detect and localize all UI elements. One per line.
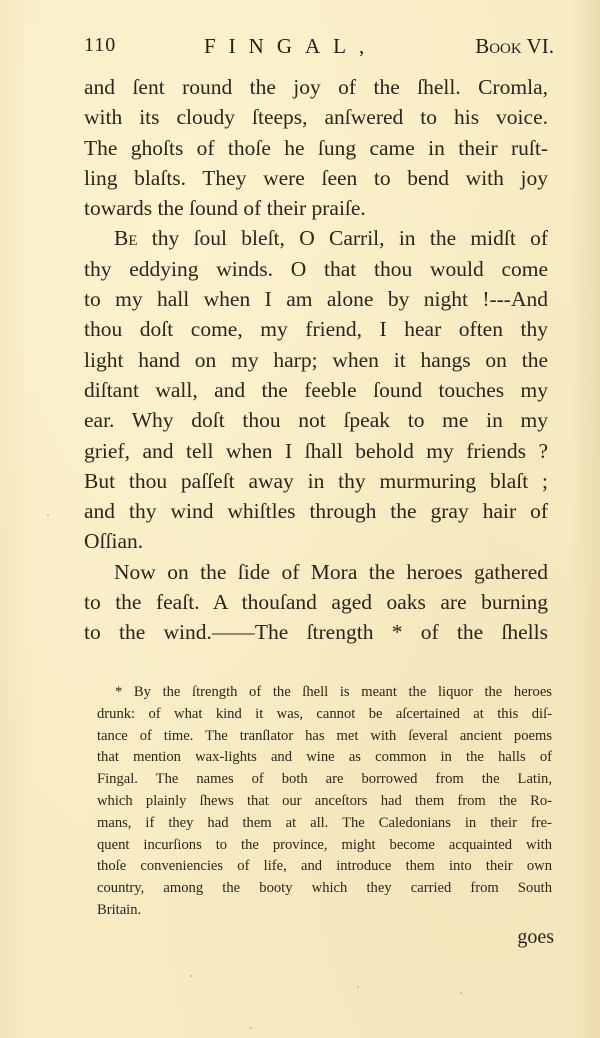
running-head: 110 FINGAL, Book VI. — [84, 34, 554, 64]
footnote-line: quent incurſions to the province, might … — [97, 835, 552, 857]
main-text: and ſent round the joy of the ſhell. Cro… — [84, 72, 548, 648]
text-line: diſtant wall, and the feeble ſound touch… — [84, 375, 548, 405]
footnote-line: that mention wax-lights and wine as comm… — [97, 747, 552, 769]
footnote-line: Fingal. The names of both are borrowed f… — [97, 769, 552, 791]
paper-speck — [460, 992, 462, 994]
paragraph: and ſent round the joy of the ſhell. Cro… — [84, 72, 548, 223]
footnote-line: country, among the booty which they carr… — [97, 878, 552, 900]
footnote: * By the ſtrength of the ſhell is meant … — [97, 682, 552, 922]
text-line: to my hall when I am alone by night !---… — [84, 284, 548, 314]
text-line: ling blaſts. They were ſeen to bend with… — [84, 163, 548, 193]
text-line: with its cloudy ſteeps, anſwered to his … — [84, 102, 548, 132]
paper-speck — [250, 1027, 252, 1029]
text-line: ear. Why doſt thou not ſpeak to me in my — [84, 405, 548, 435]
text-line: Oſſian. — [84, 526, 548, 556]
book-page: 110 FINGAL, Book VI. and ſent round the … — [0, 0, 600, 1038]
text-line: light hand on my harp; when it hangs on … — [84, 345, 548, 375]
catchword: goes — [517, 926, 554, 949]
paragraph: Be thy ſoul bleſt, O Carril, in the midſ… — [84, 223, 548, 556]
paper-speck — [357, 986, 359, 988]
text-line: thy eddying winds. O that thou would com… — [84, 254, 548, 284]
footnote-line: drunk: of what kind it was, cannot be aſ… — [97, 704, 552, 726]
text-line-rest: thy ſoul bleſt, O Carril, in the midſt o… — [138, 226, 548, 250]
book-section: Book VI. — [475, 34, 554, 59]
text-line: and thy wind whiſtles through the gray h… — [84, 496, 548, 526]
footnote-line: which plainly ſhews that our anceſtors h… — [97, 791, 552, 813]
text-line: Now on the ſide of Mora the heroes gathe… — [84, 557, 548, 587]
paper-speck — [190, 975, 192, 977]
lead-word: Be — [114, 226, 138, 250]
text-line: towards the ſound of their praiſe. — [84, 193, 548, 223]
text-line: thou doſt come, my friend, I hear often … — [84, 314, 548, 344]
paper-speck — [47, 514, 49, 516]
paragraph: Now on the ſide of Mora the heroes gathe… — [84, 557, 548, 648]
text-line: Be thy ſoul bleſt, O Carril, in the midſ… — [84, 223, 548, 253]
footnote-line: Britain. — [97, 900, 552, 922]
footnote-line: thoſe conveniencies of life, and introdu… — [97, 856, 552, 878]
footnote-line: * By the ſtrength of the ſhell is meant … — [97, 682, 552, 704]
text-line: to the wind.——The ſtrength * of the ſhel… — [84, 617, 548, 647]
text-line: and ſent round the joy of the ſhell. Cro… — [84, 72, 548, 102]
footnote-line: mans, if they had them at all. The Caled… — [97, 813, 552, 835]
footnote-line: tance of time. The tranſlator has met wi… — [97, 726, 552, 748]
page-number: 110 — [84, 34, 116, 57]
text-line: The ghoſts of thoſe he ſung came in thei… — [84, 133, 548, 163]
book-title: FINGAL, — [204, 34, 377, 59]
text-line: But thou paſſeſt away in thy murmuring b… — [84, 466, 548, 496]
text-line: to the feaſt. A thouſand aged oaks are b… — [84, 587, 548, 617]
text-line: grief, and tell when I ſhall behold my f… — [84, 436, 548, 466]
